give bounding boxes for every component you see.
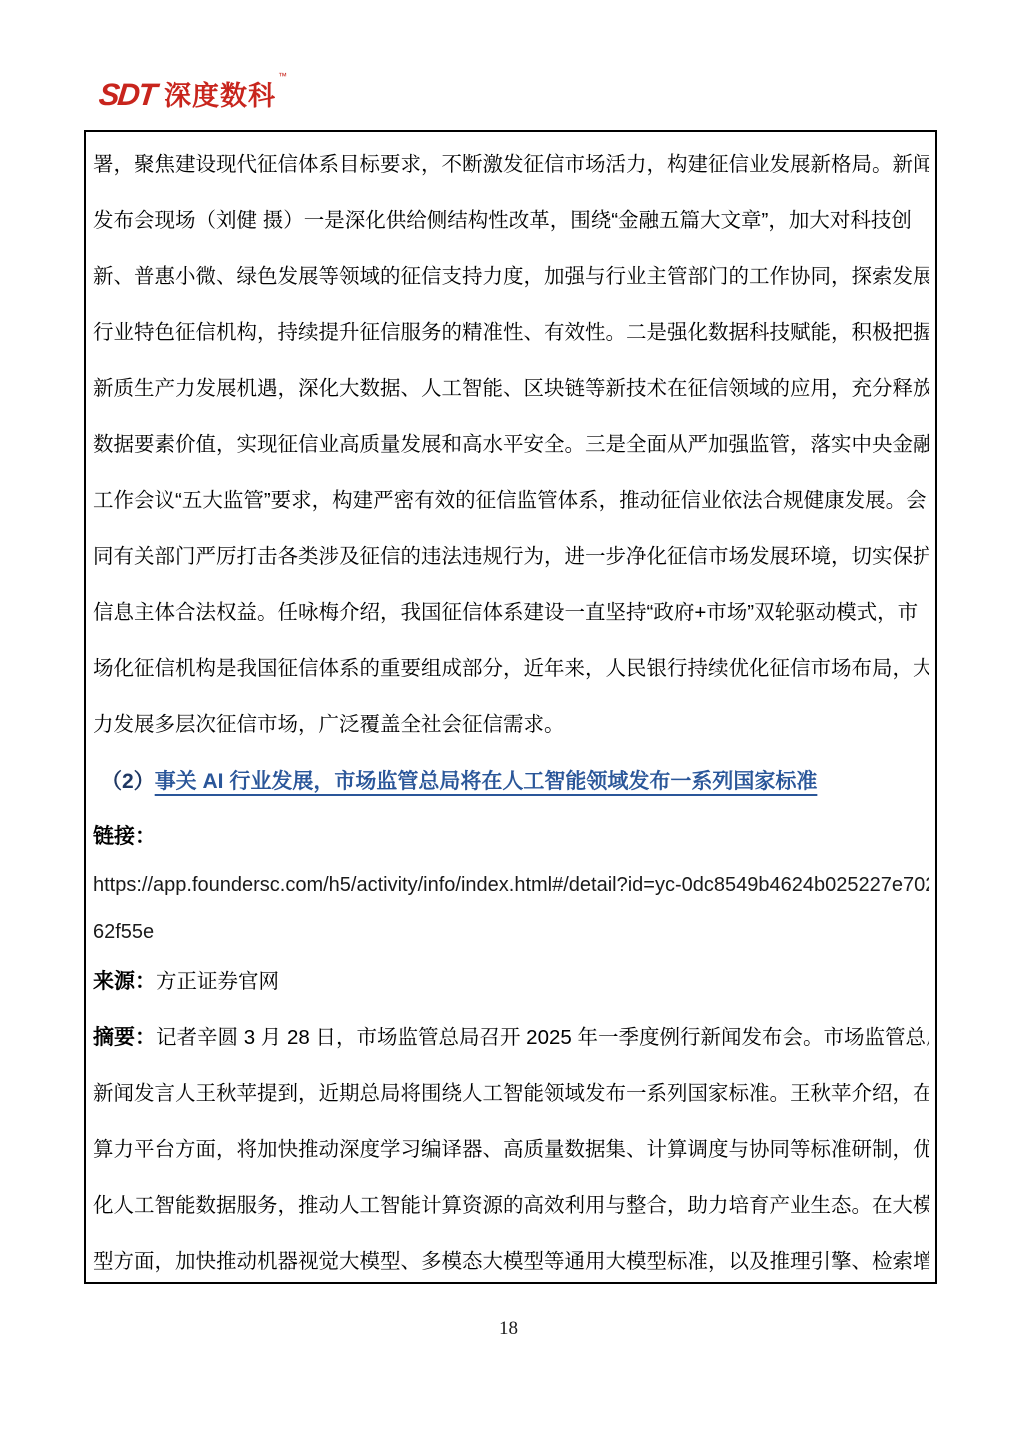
paragraph-line: 新质生产力发展机遇，深化大数据、人工智能、区块链等新技术在征信领域的应用，充分释… bbox=[93, 361, 929, 417]
paragraph-line: 数据要素价值，实现征信业高质量发展和高水平安全。三是全面从严加强监管，落实中央金… bbox=[93, 417, 929, 473]
source-line: 来源：方正证券官网 bbox=[93, 956, 929, 1010]
paragraph-line: 行业特色征信机构，持续提升征信服务的精准性、有效性。二是强化数据科技赋能，积极把… bbox=[93, 305, 929, 361]
paragraph-line: 力发展多层次征信市场，广泛覆盖全社会征信需求。 bbox=[93, 697, 929, 753]
paragraph-line: 署，聚焦建设现代征信体系目标要求，不断激发征信市场活力，构建征信业发展新格局。新… bbox=[93, 137, 929, 193]
sdt-logo-name: 深度数科 bbox=[164, 81, 276, 111]
abstract-line: 摘要：记者辛圆 3 月 28 日，市场监管总局召开 2025 年一季度例行新闻发… bbox=[93, 1010, 929, 1066]
paragraph-line: 场化征信机构是我国征信体系的重要组成部分，近年来，人民银行持续优化征信市场布局，… bbox=[93, 641, 929, 697]
abstract-line: 算力平台方面，将加快推动深度学习编译器、高质量数据集、计算调度与协同等标准研制，… bbox=[93, 1122, 929, 1178]
sdt-logo-mark: SDT bbox=[97, 77, 157, 113]
article-url-line: https://app.foundersc.com/h5/activity/in… bbox=[93, 862, 929, 909]
abstract-line: 新闻发言人王秋苹提到，近期总局将围绕人工智能领域发布一系列国家标准。王秋苹介绍，… bbox=[93, 1066, 929, 1122]
abstract-line: 型方面，加快推动机器视觉大模型、多模态大模型等通用大模型标准，以及推理引擎、检索… bbox=[93, 1234, 929, 1290]
abstract-label: 摘要： bbox=[93, 1026, 156, 1049]
paragraph-line: 同有关部门严厉打击各类涉及征信的违法违规行为，进一步净化征信市场发展环境，切实保… bbox=[93, 529, 929, 585]
abstract-text: 记者辛圆 3 月 28 日，市场监管总局召开 2025 年一季度例行新闻发布会。… bbox=[156, 1026, 929, 1049]
paragraph-line: 信息主体合法权益。任咏梅介绍，我国征信体系建设一直坚持“政府+市场”双轮驱动模式… bbox=[93, 585, 929, 641]
article-url-line: 62f55e bbox=[93, 909, 929, 956]
section-number: （2） bbox=[101, 770, 155, 793]
paragraph-line: 新、普惠小微、绿色发展等领域的征信支持力度，加强与行业主管部门的工作协同，探索发… bbox=[93, 249, 929, 305]
content-box: 署，聚焦建设现代征信体系目标要求，不断激发征信市场活力，构建征信业发展新格局。新… bbox=[84, 130, 937, 1284]
paragraph-line: 工作会议“五大监管”要求，构建严密有效的征信监管体系，推动征信业依法合规健康发展… bbox=[93, 473, 929, 529]
sdt-logo: SDT深度数科™ bbox=[99, 74, 285, 113]
section-heading-link[interactable]: 事关 AI 行业发展，市场监管总局将在人工智能领域发布一系列国家标准 bbox=[155, 770, 818, 793]
link-label: 链接： bbox=[93, 812, 929, 862]
trademark-symbol: ™ bbox=[278, 71, 287, 81]
source-value: 方正证券官网 bbox=[156, 970, 279, 993]
source-label: 来源： bbox=[93, 970, 156, 993]
abstract-line: 化人工智能数据服务，推动人工智能计算资源的高效利用与整合，助力培育产业生态。在大… bbox=[93, 1178, 929, 1234]
page-number: 18 bbox=[0, 1318, 1017, 1340]
section-heading: （2）事关 AI 行业发展，市场监管总局将在人工智能领域发布一系列国家标准 bbox=[93, 753, 929, 812]
paragraph-line: 发布会现场（刘健 摄）一是深化供给侧结构性改革，围绕“金融五篇大文章”，加大对科… bbox=[93, 193, 929, 249]
